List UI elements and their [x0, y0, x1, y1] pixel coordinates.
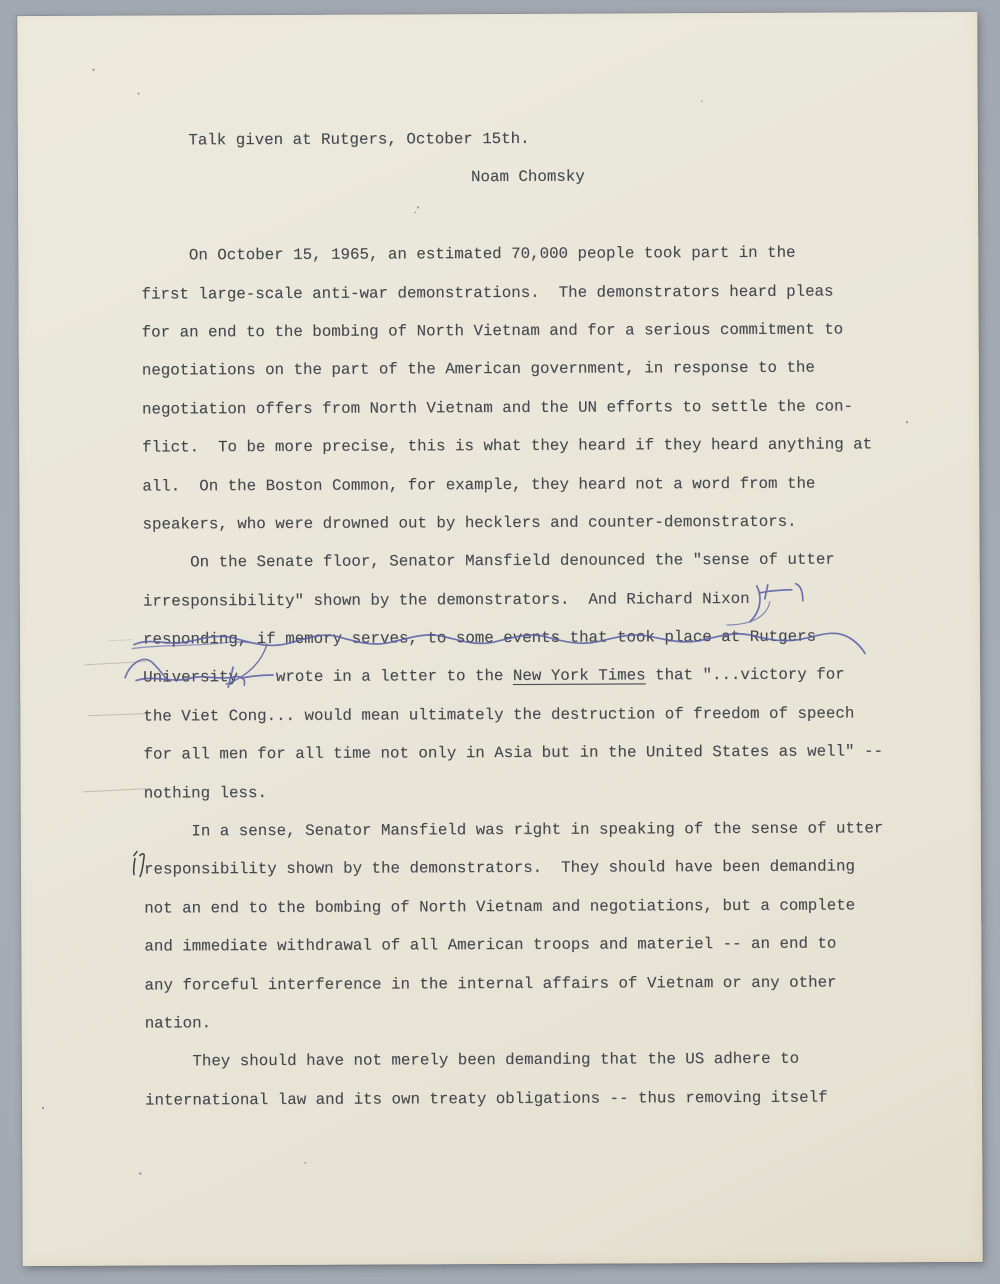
text-segment: that "...victory for — [646, 666, 845, 685]
byline: Noam Chomsky — [141, 156, 951, 198]
paper: Talk given at Rutgers, October 15th. Noa… — [17, 12, 982, 1266]
blank-line — [141, 195, 951, 237]
margin-crease-marks — [82, 640, 151, 792]
text-line: irresponsibility" shown by the demonstra… — [143, 579, 953, 621]
text-line: In a sense, Senator Mansfield was right … — [144, 809, 954, 851]
text-segment: wrote in a letter to the — [276, 667, 513, 686]
text-segment — [238, 668, 276, 686]
text-line: for all men for all time not only in Asi… — [143, 732, 953, 774]
text-line: nation. — [145, 1001, 955, 1043]
handwritten-ir-insert — [134, 852, 145, 877]
text-line: University wrote in a letter to the New … — [143, 655, 953, 697]
text-line: negotiation offers from North Vietnam an… — [142, 387, 952, 429]
text-line: the Viet Cong... would mean ultimately t… — [143, 694, 953, 736]
text-line: and immediate withdrawal of all American… — [144, 924, 954, 966]
text-line: not an end to the bombing of North Vietn… — [144, 886, 954, 928]
text-line: international law and its own treaty obl… — [145, 1078, 955, 1120]
text-line: nothing less. — [144, 771, 954, 813]
text-line-struck: responding, if memory serves, to some ev… — [143, 617, 953, 659]
text-line: They should have not merely been demandi… — [145, 1039, 955, 1081]
text-line: for an end to the bombing of North Vietn… — [142, 310, 952, 352]
text-line: first large-scale anti-war demonstration… — [141, 272, 951, 314]
text-line: On the Senate floor, Senator Mansfield d… — [143, 540, 953, 582]
text-line: any forceful interference in the interna… — [144, 963, 954, 1005]
underlined-text: New York Times — [513, 667, 646, 686]
text-line: On October 15, 1965, an estimated 70,000… — [141, 233, 951, 275]
text-line: responsibility shown by the demonstrator… — [144, 847, 954, 889]
text-line: all. On the Boston Common, for example, … — [142, 464, 952, 506]
struck-text: University — [143, 669, 238, 687]
document-body: Talk given at Rutgers, October 15th. Noa… — [141, 118, 955, 1120]
document-title: Talk given at Rutgers, October 15th. — [141, 118, 951, 160]
text-line: flict. To be more precise, this is what … — [142, 425, 952, 467]
text-line: negotiations on the part of the American… — [142, 348, 952, 390]
text-line: speakers, who were drowned out by heckle… — [142, 502, 952, 544]
